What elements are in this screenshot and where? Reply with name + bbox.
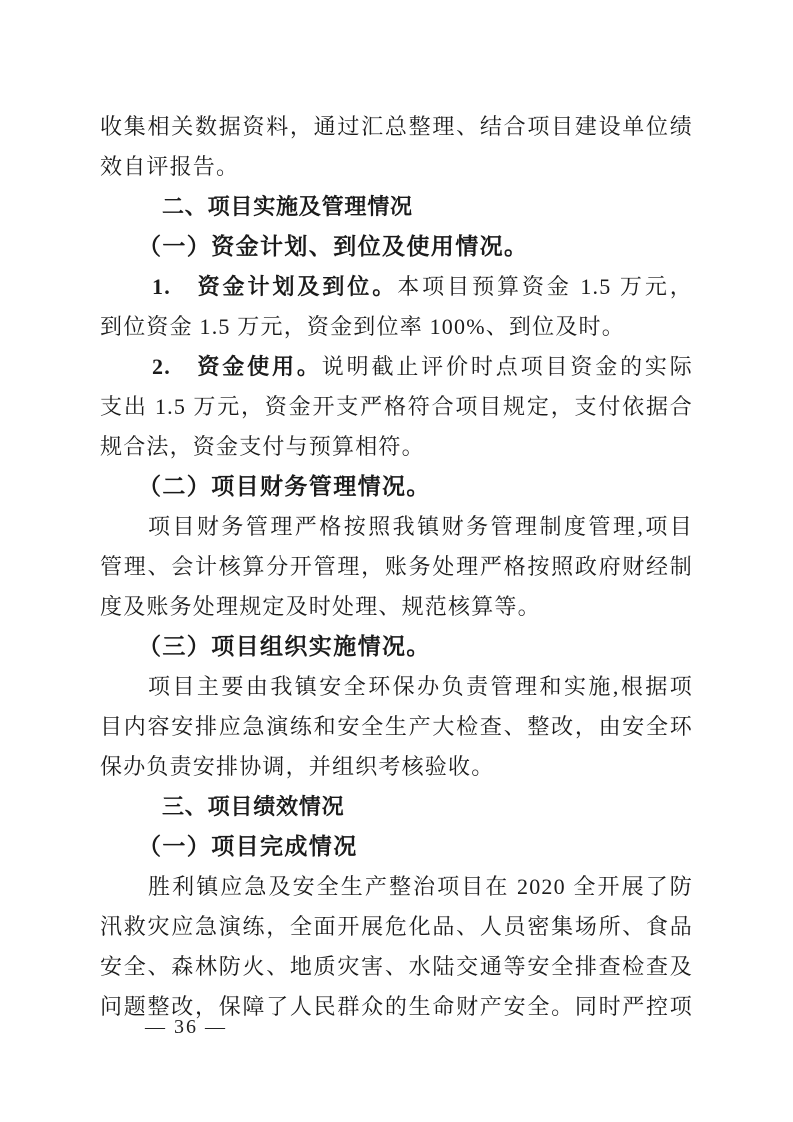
heading-level-2: （二）项目财务管理情况。 xyxy=(100,467,693,507)
heading-level-1: 三、项目绩效情况 xyxy=(100,787,693,827)
body-line: 项目财务管理严格按照我镇财务管理制度管理,项目 xyxy=(100,507,693,547)
document-body: 收集相关数据资料，通过汇总整理、结合项目建设单位绩 效自评报告。 二、项目实施及… xyxy=(100,107,693,1027)
body-line: 汛救灾应急演练，全面开展危化品、人员密集场所、食品 xyxy=(100,907,693,947)
item-number-title: 2. 资金使用。 xyxy=(152,354,322,379)
heading-level-2: （三）项目组织实施情况。 xyxy=(100,627,693,667)
item-body-text: 本项目预算资金 1.5 万元， xyxy=(397,274,693,299)
body-line: 安全、森林防火、地质灾害、水陆交通等安全排查检查及 xyxy=(100,947,693,987)
body-line: 效自评报告。 xyxy=(100,147,693,187)
heading-level-2: （一）资金计划、到位及使用情况。 xyxy=(100,227,693,267)
heading-level-1: 二、项目实施及管理情况 xyxy=(100,187,693,227)
document-page: 收集相关数据资料，通过汇总整理、结合项目建设单位绩 效自评报告。 二、项目实施及… xyxy=(0,0,793,1122)
body-line: 保办负责安排协调，并组织考核验收。 xyxy=(100,747,693,787)
body-line: 胜利镇应急及安全生产整治项目在 2020 全开展了防 xyxy=(100,867,693,907)
body-line: 项目主要由我镇安全环保办负责管理和实施,根据项 xyxy=(100,667,693,707)
heading-level-2: （一）项目完成情况 xyxy=(100,827,693,867)
body-line: 支出 1.5 万元，资金开支严格符合项目规定，支付依据合 xyxy=(100,387,693,427)
body-line: 度及账务处理规定及时处理、规范核算等。 xyxy=(100,587,693,627)
body-line: 规合法，资金支付与预算相符。 xyxy=(100,427,693,467)
numbered-item-line: 2. 资金使用。说明截止评价时点项目资金的实际 xyxy=(100,347,693,387)
body-line: 管理、会计核算分开管理，账务处理严格按照政府财经制 xyxy=(100,547,693,587)
body-line: 收集相关数据资料，通过汇总整理、结合项目建设单位绩 xyxy=(100,107,693,147)
body-line: 目内容安排应急演练和安全生产大检查、整改，由安全环 xyxy=(100,707,693,747)
item-body-text: 说明截止评价时点项目资金的实际 xyxy=(322,354,693,379)
numbered-item-line: 1. 资金计划及到位。本项目预算资金 1.5 万元， xyxy=(100,267,693,307)
page-number: — 36 — xyxy=(145,1014,227,1040)
body-line: 到位资金 1.5 万元，资金到位率 100%、到位及时。 xyxy=(100,307,693,347)
item-number-title: 1. 资金计划及到位。 xyxy=(152,274,397,299)
